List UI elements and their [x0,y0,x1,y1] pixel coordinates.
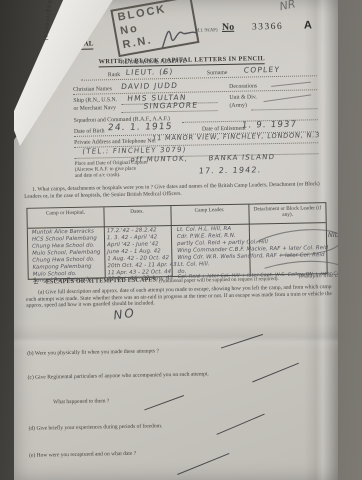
enlistment-value: 1. 9. 1937 [241,120,297,131]
unit-div-label-2: (Army) [229,103,247,109]
form-reference: M.I. 9/(AP) [195,28,218,33]
question-2a-text: (a) Give full description and approx. da… [26,284,336,310]
col-header-camp: Camp or Hospital. [29,210,101,217]
dob-label: Date of Birth [74,128,105,135]
row-leader: Lt. Col. H.L. Hill, RA [177,226,231,233]
capture-date: 17. 2. 1942. [198,165,262,175]
row-camp: Chung Hwa School do. [32,243,95,250]
pencil-dash-answer-c [252,363,299,383]
unit-line [252,108,318,110]
pencil-dash-answer-b [221,334,263,349]
ship-label-1: Ship (R.N., U.S.N. [73,97,117,104]
no-label: No [222,22,234,33]
row-leader: Lt. Col. Hill. [177,261,209,268]
pencil-squiggle-icon [158,23,200,50]
question-2e-text: (e) How were you recaptured and on what … [29,451,136,460]
col-header-dates: Dates. [105,209,168,216]
christian-names-value: DAVID JUDD [121,81,179,91]
unit-div-label-1: Unit & Div. [229,94,257,101]
serial-number: 33366 [252,22,283,33]
pencil-note-nr: NR [278,0,296,13]
pencil-dash-unit [264,94,312,102]
rank-value: LIEUT. (S) [125,67,174,77]
row-leader: Cdr. P.W.E. Reid, R.N. [177,233,236,240]
pencil-dash-answer-c2 [144,395,184,410]
surname-value: COPLEY [243,65,280,75]
address-value: 11 MANOR VIEW, FINCHLEY, LONDON, N.3 [152,131,321,142]
pencil-dash-decorations [271,82,311,87]
question-2c2-text: What happened to them ? [53,398,109,406]
camps-table: Camp or Hospital. Dates. Camp Leader. De… [26,202,327,280]
ship-line-2 [122,110,218,113]
question-2-title: ESCAPES OR ATTEMPTED ESCAPES. [46,277,158,285]
row-dates: April '42 - June '42 [107,241,159,248]
row-dates: 1. 3. 42 - April '42 [107,234,157,241]
dob-value: 24. 1. 1915 [107,122,173,133]
col-header-detachment: Detachment or Block Leader (if any). [251,206,323,219]
row-camp: Chung Hwa School do. [32,257,95,264]
row-dates: 1 Aug. 42 - 20 Oct. 42 [107,255,169,262]
surname-label: Surname [207,70,228,76]
ship-value-2: SINGAPORE [143,101,199,111]
question-2d-text: (d) Give briefly your experiences during… [29,423,163,432]
row-camp: HCS School Palembang [32,235,97,242]
decorations-label: Decorations [229,83,257,90]
christian-names-label: Christian Names [73,86,112,93]
answer-no: NO [113,306,137,323]
pencil-dash-answer-e [177,453,229,475]
row-dates: 17.2.'42 - 28.2.42 [107,227,157,234]
row-dates: June 42 - 1 Aug. 42 [107,248,161,255]
row-camp: Kampong Palembang [32,264,91,271]
question-1-text: 1. What camps, detachments or hospitals … [24,181,332,200]
margin-note-nil: NIL [328,231,339,239]
capture-place-1: off MUNTOK, [130,155,188,164]
rank-label: Rank [108,72,120,78]
question-2c-text: (c) Give Regimental particulars of anyon… [28,371,209,381]
question-2b-text: (b) Were you physically fit when you mad… [27,348,159,357]
question-2-pencil-note: (Malayan first camp) [299,273,351,280]
series-letter: A [304,19,312,31]
rank-annotation: ROYAL NAVAL RESERVE [121,59,187,66]
col-header-leader: Camp Leader. [172,208,246,215]
capture-label-3: and date of a/c crash). [75,172,121,179]
capture-place-2: BANKA ISLAND [208,153,276,162]
pencil-dash-answer-d [216,414,264,435]
question-2-number: 2. [34,280,39,286]
question-2-note: (Additional paper will be supplied on re… [159,275,279,283]
ship-label-2: or Merchant Navy [73,105,116,112]
scanned-form-photo: BLOCK No R.N. TIAL M.I. 9/(AP) No 33366 … [0,0,362,480]
enlistment-label: Date of Enlistment [202,126,246,133]
row-camp: Muntok Alice Barracks [32,229,94,236]
